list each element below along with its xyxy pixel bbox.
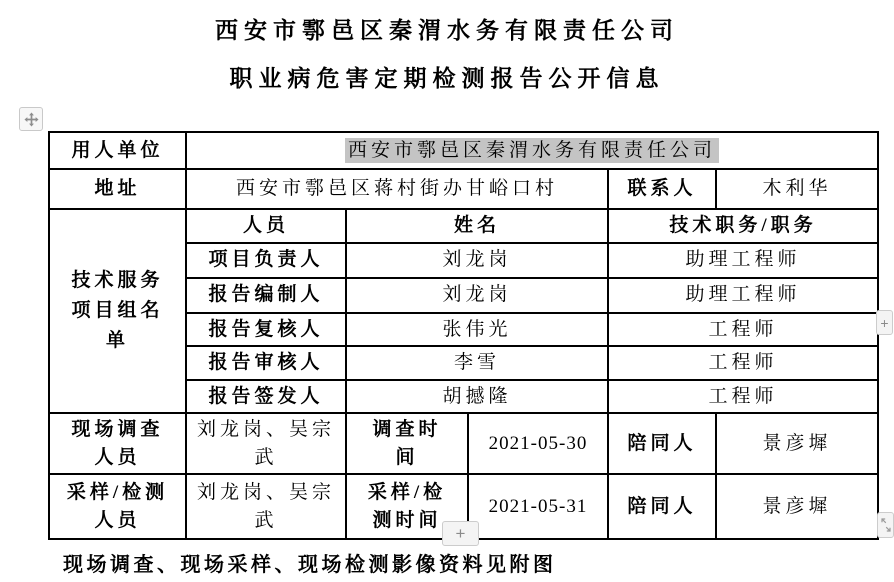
- survey-personnel-value[interactable]: 刘龙岗、吴宗武: [186, 413, 346, 474]
- sampling-companion-value[interactable]: 景彦墀: [716, 474, 878, 539]
- team-name[interactable]: 胡撼隆: [346, 380, 608, 414]
- footer-note: 现场调查、现场采样、现场检测影像资料见附图: [63, 548, 557, 577]
- sampling-personnel-value[interactable]: 刘龙岗、吴宗武: [186, 474, 346, 539]
- table-resize-handle[interactable]: [877, 512, 894, 538]
- employer-label[interactable]: 用人单位: [49, 132, 186, 169]
- table-row: 现场调查人员 刘龙岗、吴宗武 调查时间 2021-05-30 陪同人 景彦墀: [49, 413, 878, 474]
- address-label[interactable]: 地址: [49, 169, 186, 209]
- plus-icon: +: [880, 315, 888, 331]
- team-role[interactable]: 报告签发人: [186, 380, 346, 414]
- diagonal-resize-icon: [880, 517, 892, 533]
- team-title[interactable]: 工程师: [608, 313, 878, 347]
- sampling-personnel-label[interactable]: 采样/检测人员: [49, 474, 186, 539]
- team-title[interactable]: 助理工程师: [608, 243, 878, 278]
- team-header-name[interactable]: 姓名: [346, 209, 608, 243]
- team-title[interactable]: 工程师: [608, 380, 878, 414]
- table-move-handle[interactable]: [19, 107, 43, 131]
- contact-value[interactable]: 木利华: [716, 169, 878, 209]
- team-name[interactable]: 李雪: [346, 346, 608, 380]
- team-section-label[interactable]: 技术服务项目组名单: [49, 209, 186, 413]
- team-name[interactable]: 刘龙岗: [346, 243, 608, 278]
- plus-icon: +: [456, 524, 466, 544]
- team-role[interactable]: 报告审核人: [186, 346, 346, 380]
- add-row-button[interactable]: +: [442, 521, 479, 546]
- survey-time-value[interactable]: 2021-05-30: [468, 413, 608, 474]
- address-value[interactable]: 西安市鄠邑区蒋村街办甘峪口村: [186, 169, 608, 209]
- team-name[interactable]: 张伟光: [346, 313, 608, 347]
- doc-title-report: 职业病危害定期检测报告公开信息: [0, 60, 894, 93]
- move-cross-icon: [24, 112, 39, 127]
- team-header-person[interactable]: 人员: [186, 209, 346, 243]
- survey-companion-value[interactable]: 景彦墀: [716, 413, 878, 474]
- team-role[interactable]: 项目负责人: [186, 243, 346, 278]
- add-column-button[interactable]: +: [876, 310, 893, 335]
- survey-companion-label[interactable]: 陪同人: [608, 413, 716, 474]
- table-row: 技术服务项目组名单 人员 姓名 技术职务/职务: [49, 209, 878, 243]
- employer-value-cell[interactable]: 西安市鄠邑区秦渭水务有限责任公司: [186, 132, 878, 169]
- contact-label[interactable]: 联系人: [608, 169, 716, 209]
- doc-title-company: 西安市鄠邑区秦渭水务有限责任公司: [0, 12, 894, 45]
- team-role[interactable]: 报告编制人: [186, 278, 346, 313]
- survey-personnel-label[interactable]: 现场调查人员: [49, 413, 186, 474]
- team-title[interactable]: 工程师: [608, 346, 878, 380]
- report-info-table: 用人单位 西安市鄠邑区秦渭水务有限责任公司 地址 西安市鄠邑区蒋村街办甘峪口村 …: [48, 131, 879, 540]
- team-role[interactable]: 报告复核人: [186, 313, 346, 347]
- table-row: 地址 西安市鄠邑区蒋村街办甘峪口村 联系人 木利华: [49, 169, 878, 209]
- team-title[interactable]: 助理工程师: [608, 278, 878, 313]
- sampling-companion-label[interactable]: 陪同人: [608, 474, 716, 539]
- table-row: 用人单位 西安市鄠邑区秦渭水务有限责任公司: [49, 132, 878, 169]
- team-header-title[interactable]: 技术职务/职务: [608, 209, 878, 243]
- survey-time-label[interactable]: 调查时间: [346, 413, 468, 474]
- team-name[interactable]: 刘龙岗: [346, 278, 608, 313]
- sampling-time-value[interactable]: 2021-05-31: [468, 474, 608, 539]
- employer-value-highlighted[interactable]: 西安市鄠邑区秦渭水务有限责任公司: [345, 138, 719, 163]
